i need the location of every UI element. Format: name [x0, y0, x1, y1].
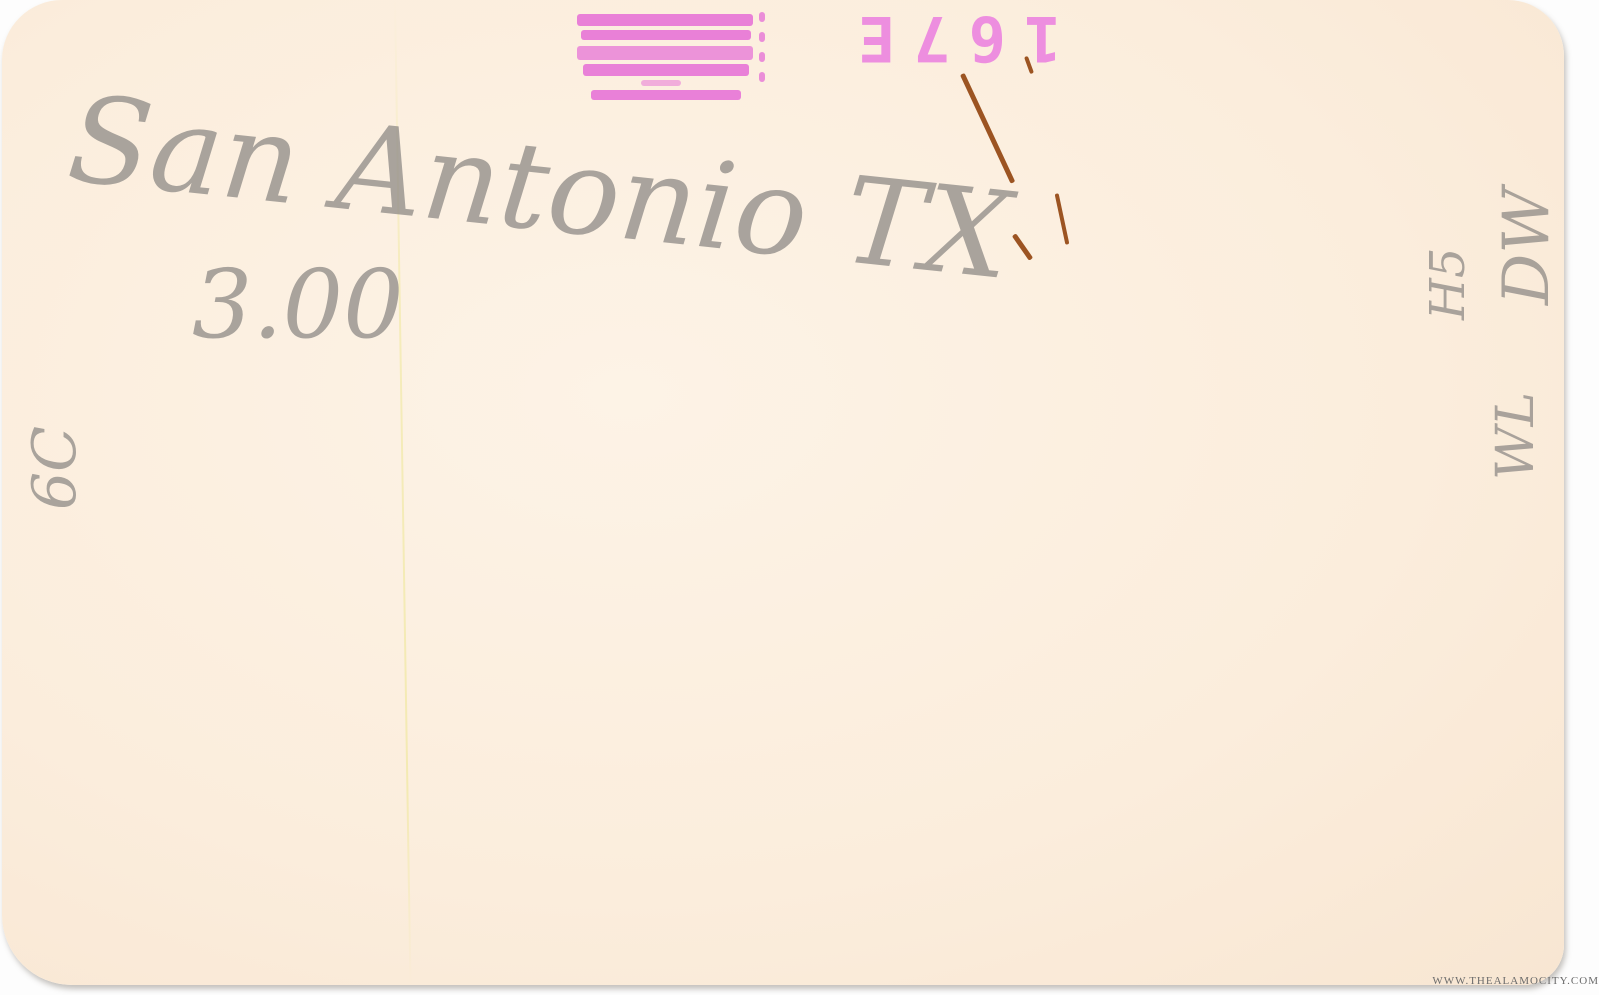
- rust-mark: [1012, 233, 1033, 260]
- stamp-dots: [759, 12, 767, 102]
- handwritten-right-code-h5: H5: [1420, 248, 1476, 320]
- postcard-back: 167E San Antonio TX 3.00 6C H5 DW WL: [2, 0, 1564, 985]
- handwritten-price: 3.00: [192, 250, 404, 360]
- rust-mark: [1055, 193, 1070, 245]
- watermark: WWW.THEALAMOCITY.COM: [1432, 975, 1599, 987]
- handwritten-left-code: 6C: [20, 426, 90, 510]
- ink-text-stamp: [577, 10, 757, 102]
- handwritten-right-code-wl: WL: [1486, 392, 1546, 480]
- handwritten-right-code-dw: DW: [1490, 188, 1564, 305]
